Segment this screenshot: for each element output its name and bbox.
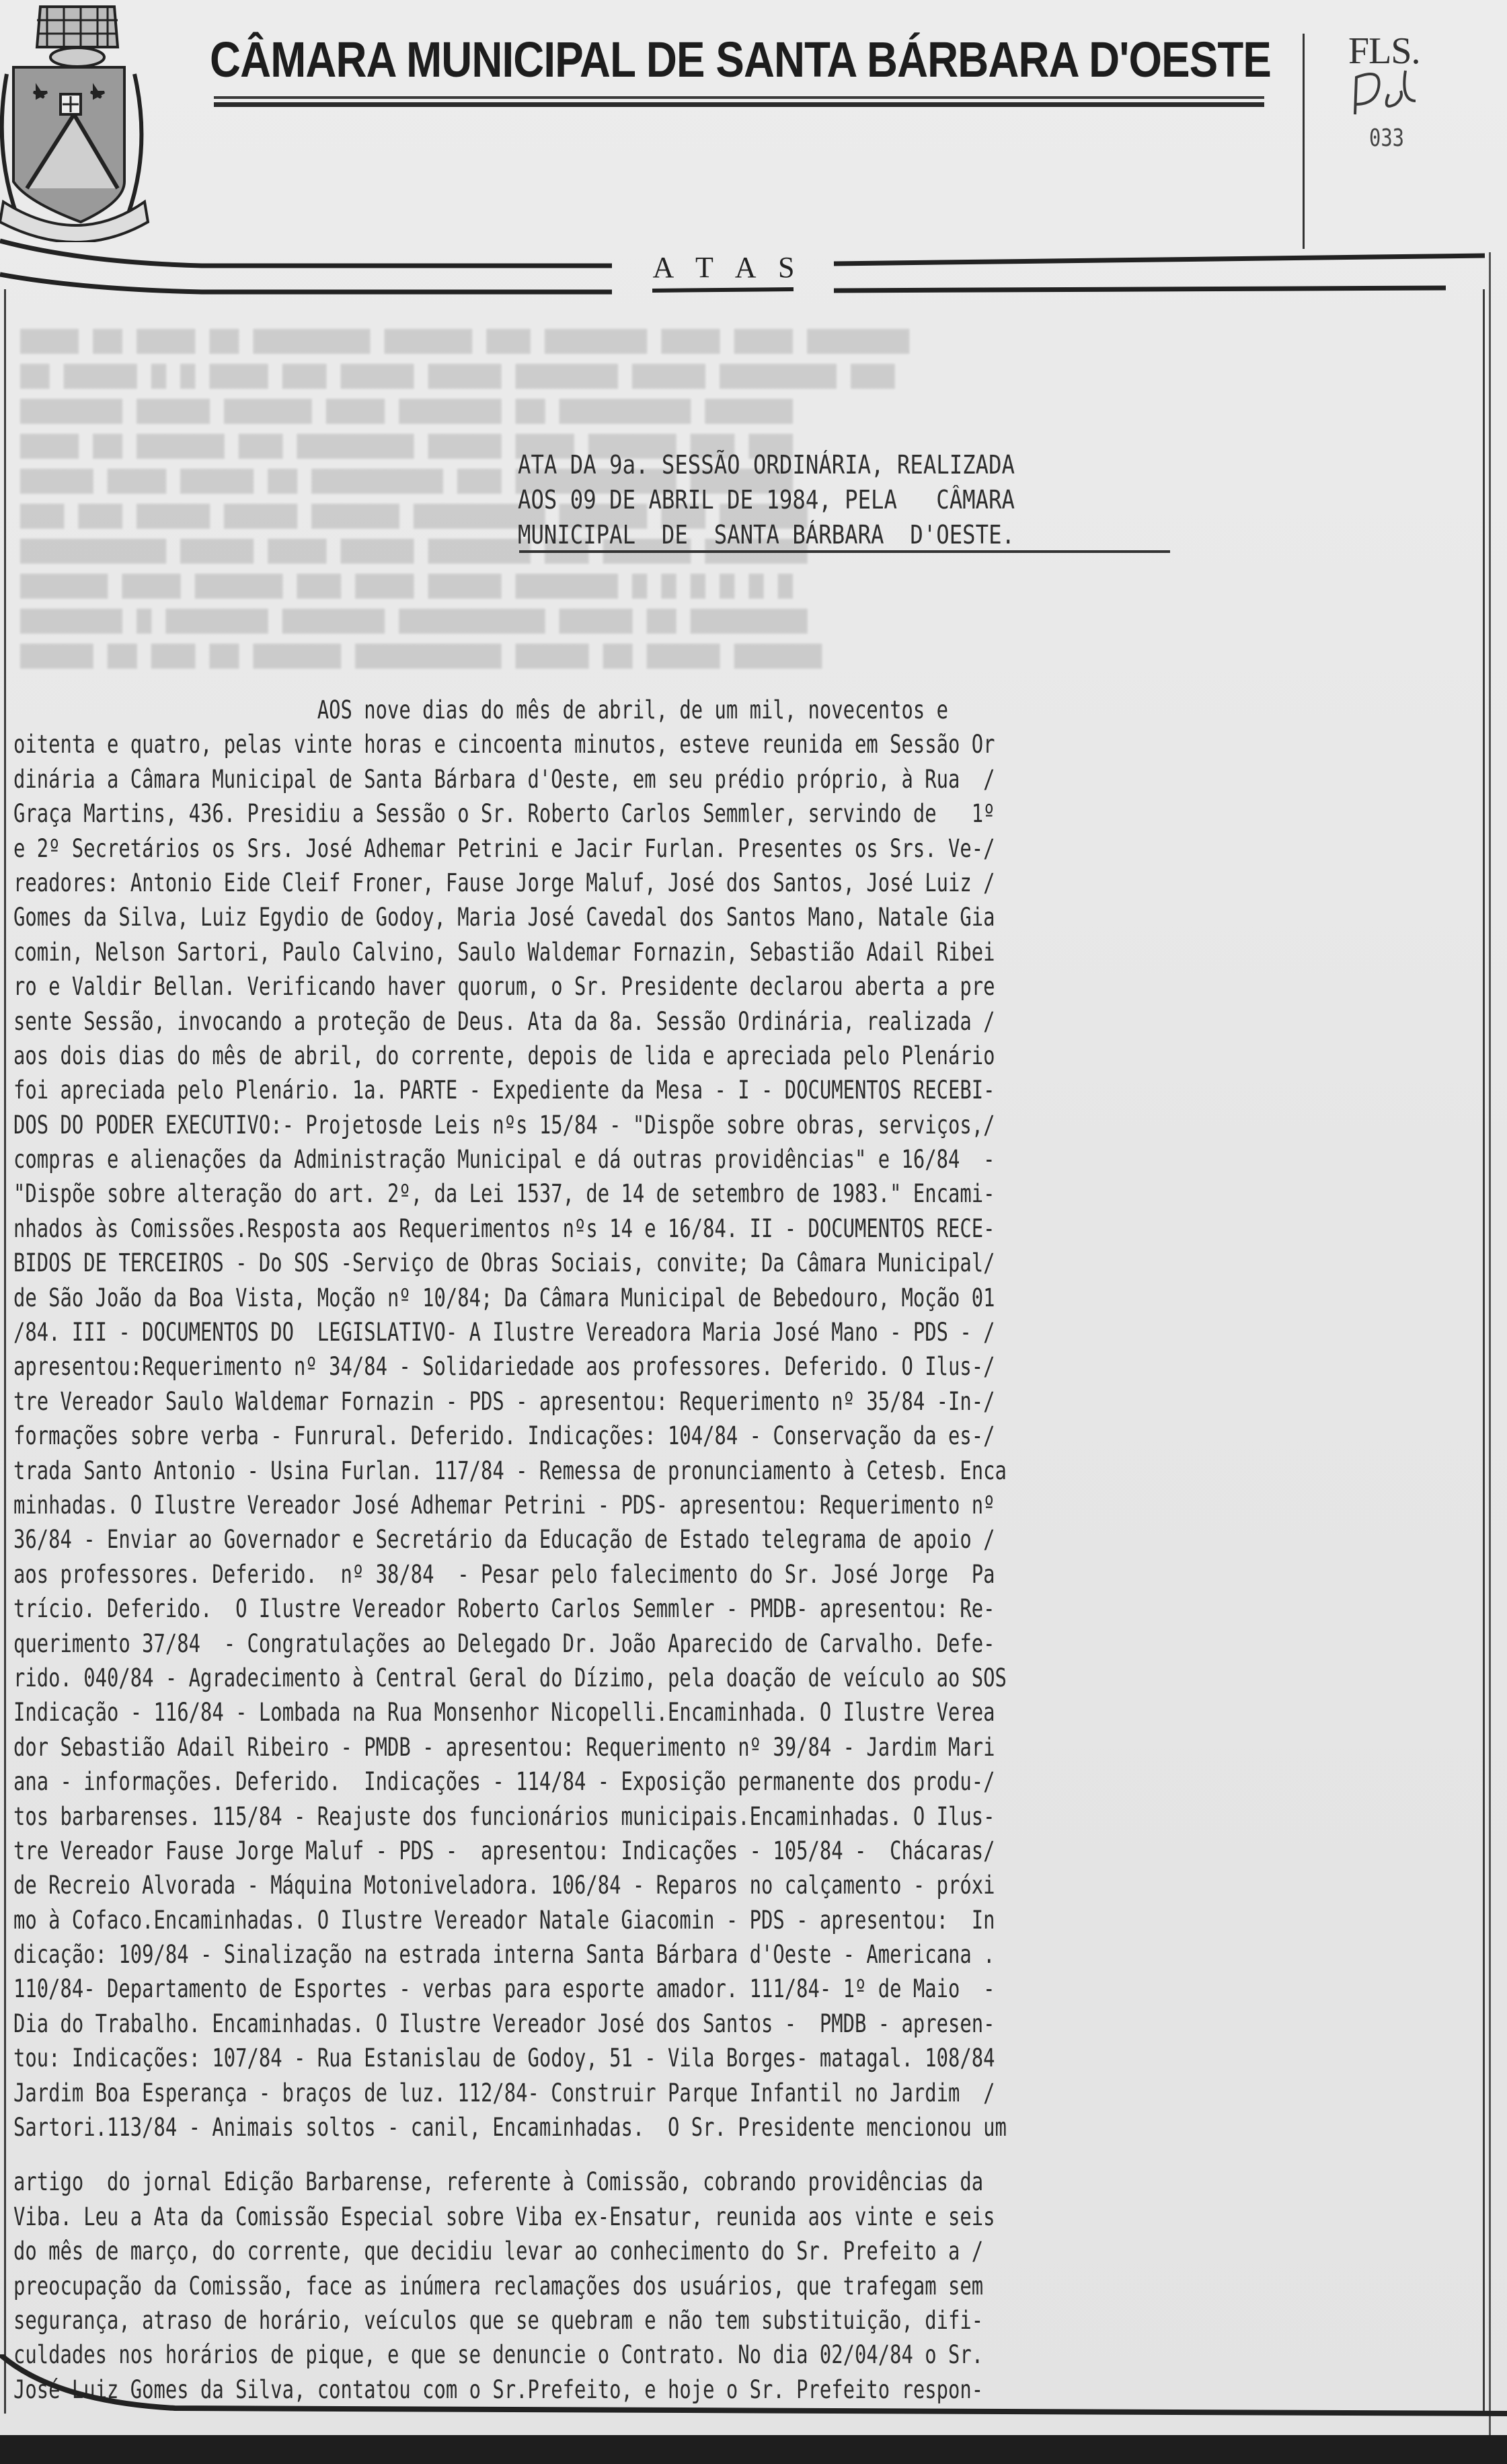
frame-edge [1489,252,1491,2438]
page-number: 033 [1369,124,1404,152]
body-line: e 2º Secretários os Srs. José Adhemar Pe… [13,831,1157,866]
frame-bottom-edge [0,2354,1507,2464]
body-line: Indicação - 116/84 - Lombada na Rua Mons… [13,1695,1157,1729]
body-line: "Dispõe sobre alteração do art. 2º, da L… [13,1177,1157,1211]
body-line: ro e Valdir Bellan. Verificando haver qu… [13,969,1157,1004]
body-line: DOS DO PODER EXECUTIVO:- Projetosde Leis… [13,1108,1157,1142]
body-line: Jardim Boa Esperança - braços de luz. 11… [13,2076,1157,2110]
body-line: 36/84 - Enviar ao Governador e Secretári… [13,1522,1157,1557]
body-line: sente Sessão, invocando a proteção de De… [13,1004,1157,1039]
body-line: /84. III - DOCUMENTOS DO LEGISLATIVO- A … [13,1315,1157,1349]
minutes-body: AOS nove dias do mês de abril, de um mil… [13,693,1479,2407]
header-rule [214,96,1264,99]
body-line: do mês de março, do corrente, que decidi… [13,2234,1157,2268]
body-line: Gomes da Silva, Luiz Egydio de Godoy, Ma… [13,900,1157,934]
coat-of-arms-icon [0,0,155,242]
minutes-title: ATA DA 9a. SESSÃO ORDINÁRIA, REALIZADA A… [518,447,1177,552]
body-line: compras e alienações da Administração Mu… [13,1142,1157,1177]
title-line: MUNICIPAL DE SANTA BÁRBARA D'OESTE. [518,517,1078,552]
body-line: tos barbarenses. 115/84 - Reajuste dos f… [13,1799,1157,1834]
body-line: Dia do Trabalho. Encaminhadas. O Ilustre… [13,2007,1157,2041]
institution-title: CÂMARA MUNICIPAL DE SANTA BÁRBARA D'OEST… [210,30,1124,90]
paragraph-gap [13,2144,1479,2165]
body-line: tou: Indicações: 107/84 - Rua Estanislau… [13,2041,1157,2075]
body-line: apresentou:Requerimento nº 34/84 - Solid… [13,1349,1157,1384]
body-line: foi apreciada pelo Plenário. 1a. PARTE -… [13,1073,1157,1107]
header-divider [1303,34,1305,249]
body-line: mo à Cofaco.Encaminhadas. O Ilustre Vere… [13,1903,1157,1937]
body-line: dicação: 109/84 - Sinalização na estrada… [13,1937,1157,1972]
body-line: dinária a Câmara Municipal de Santa Bárb… [13,762,1157,796]
signature-initials [1342,64,1429,118]
body-line: trada Santo Antonio - Usina Furlan. 117/… [13,1454,1157,1488]
title-line: ATA DA 9a. SESSÃO ORDINÁRIA, REALIZADA [518,447,1078,482]
body-line: Sartori.113/84 - Animais soltos - canil,… [13,2110,1157,2144]
section-title: A T A S [647,250,808,285]
body-line: aos dois dias do mês de abril, do corren… [13,1039,1157,1073]
body-line: rido. 040/84 - Agradecimento à Central G… [13,1661,1157,1695]
document-page: CÂMARA MUNICIPAL DE SANTA BÁRBARA D'OEST… [0,0,1507,2464]
body-line: artigo do jornal Edição Barbarense, refe… [13,2165,1157,2199]
body-line: trício. Deferido. O Ilustre Vereador Rob… [13,1592,1157,1626]
body-line: ana - informações. Deferido. Indicações … [13,1764,1157,1799]
body-line: segurança, atraso de horário, veículos q… [13,2303,1157,2338]
body-line: de São João da Boa Vista, Moção nº 10/84… [13,1281,1157,1315]
body-line: AOS nove dias do mês de abril, de um mil… [13,693,1157,727]
body-line: nhados às Comissões.Resposta aos Requeri… [13,1211,1157,1246]
body-line: BIDOS DE TERCEIROS - Do SOS -Serviço de … [13,1246,1157,1280]
body-line: tre Vereador Fause Jorge Maluf - PDS - a… [13,1834,1157,1868]
body-line: oitenta e quatro, pelas vinte horas e ci… [13,727,1157,761]
body-line: Viba. Leu a Ata da Comissão Especial sob… [13,2200,1157,2234]
body-line: minhadas. O Ilustre Vereador José Adhema… [13,1488,1157,1522]
title-underline [519,550,1170,553]
title-line: AOS 09 DE ABRIL DE 1984, PELA CÂMARA [518,482,1078,517]
body-line: 110/84- Departamento de Esportes - verba… [13,1972,1157,2006]
body-line: preocupação da Comissão, face as inúmera… [13,2269,1157,2303]
body-line: readores: Antonio Eide Cleif Froner, Fau… [13,866,1157,900]
header-rule [214,102,1264,107]
body-line: tre Vereador Saulo Waldemar Fornazin - P… [13,1384,1157,1419]
body-line: querimento 37/84 - Congratulações ao Del… [13,1627,1157,1661]
body-line: de Recreio Alvorada - Máquina Motonivela… [13,1868,1157,1902]
body-line: comin, Nelson Sartori, Paulo Calvino, Sa… [13,935,1157,969]
body-line: Graça Martins, 436. Presidiu a Sessão o … [13,796,1157,831]
body-line: dor Sebastião Adail Ribeiro - PMDB - apr… [13,1730,1157,1764]
body-line: aos professores. Deferido. nº 38/84 - Pe… [13,1557,1157,1592]
body-line: formações sobre verba - Funrural. Deferi… [13,1419,1157,1453]
